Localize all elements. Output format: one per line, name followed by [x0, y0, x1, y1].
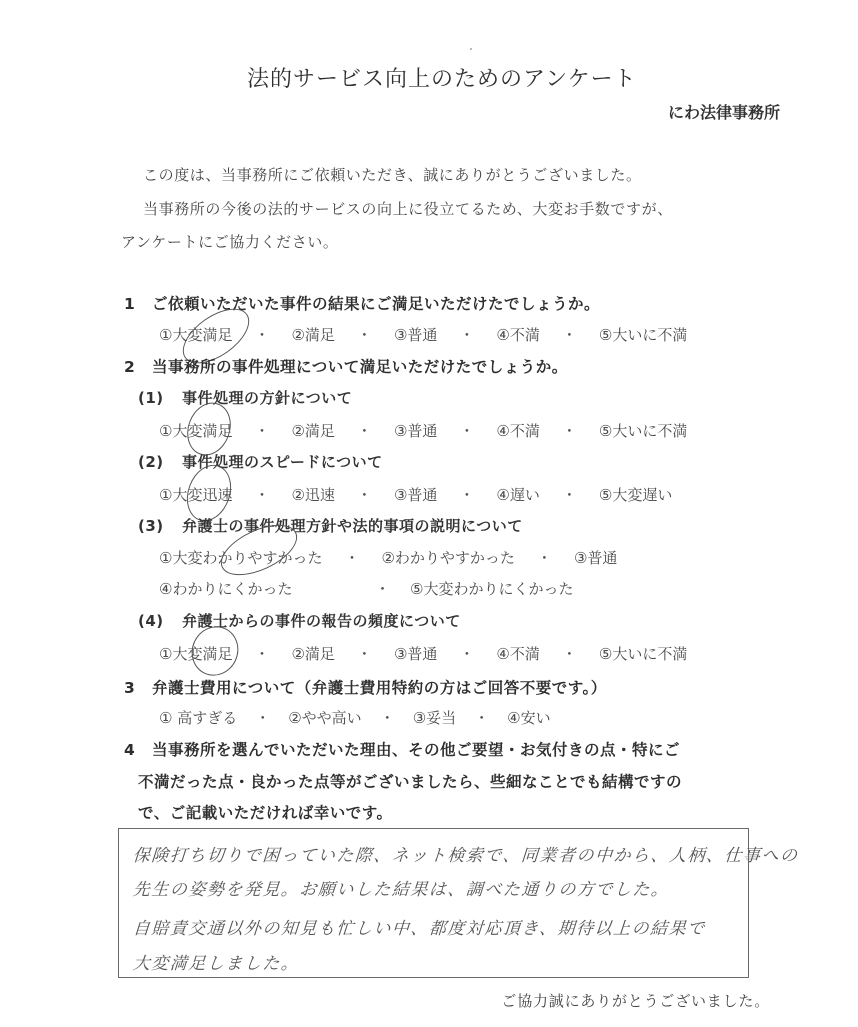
separator-dot: ・: [537, 547, 552, 568]
option-1[interactable]: ① 高すぎる: [159, 707, 237, 728]
sub-question-number: (2): [138, 453, 182, 471]
option-4[interactable]: ④わかりにくかった: [159, 578, 375, 599]
separator-dot: ・: [459, 324, 474, 345]
sub-question-number: (1): [138, 389, 182, 407]
question-2-2-options: ①大変迅速 ・ ②迅速 ・ ③普通 ・ ④遅い ・ ⑤大変遅い: [159, 484, 672, 505]
option-4[interactable]: ④不満: [496, 420, 539, 441]
intro-line-2: 当事務所の今後の法的サービスの向上に役立てるため、大変お手数ですが、: [143, 198, 673, 219]
question-text: 弁護士費用について（弁護士費用特約の方はご回答不要です。）: [152, 679, 607, 697]
sub-question-number: (3): [138, 517, 182, 535]
option-4[interactable]: ④不満: [496, 643, 539, 664]
question-1: 1ご依頼いただいた事件の結果にご満足いただけたでしょうか。: [124, 292, 600, 314]
separator-dot: ・: [357, 484, 372, 505]
option-3[interactable]: ③普通: [394, 420, 437, 441]
question-number: 1: [124, 295, 152, 313]
separator-dot: ・: [254, 484, 269, 505]
option-3[interactable]: ③普通: [394, 484, 437, 505]
separator-dot: ・: [357, 420, 372, 441]
question-3-options: ① 高すぎる ・ ②やや高い ・ ③妥当 ・ ④安い: [159, 707, 551, 728]
separator-dot: ・: [459, 420, 474, 441]
closing-thanks: ご協力誠にありがとうございました。: [501, 990, 770, 1011]
question-text: ご依頼いただいた事件の結果にご満足いただけたでしょうか。: [152, 295, 600, 313]
separator-dot: ・: [357, 643, 372, 664]
handwritten-line-1: 保険打ち切りで困っていた際、ネット検索で、同業者の中から、人柄、仕事への: [132, 841, 799, 866]
question-2: 2当事務所の事件処理について満足いただけたでしょうか。: [124, 355, 568, 377]
scan-speck: [470, 48, 472, 50]
handwritten-line-3: 自賠責交通以外の知見も忙しい中、都度対応頂き、期待以上の結果で: [132, 914, 707, 939]
sub-question-text: 事件処理の方針について: [182, 389, 352, 407]
question-2-2: (2)事件処理のスピードについて: [138, 451, 383, 472]
separator-dot: ・: [459, 643, 474, 664]
separator-dot: ・: [254, 643, 269, 664]
option-3[interactable]: ③普通: [394, 324, 437, 345]
option-2[interactable]: ②満足: [291, 324, 334, 345]
sub-question-text: 弁護士の事件処理方針や法的事項の説明について: [182, 517, 523, 535]
option-1[interactable]: ①大変満足: [159, 643, 232, 664]
question-2-3: (3)弁護士の事件処理方針や法的事項の説明について: [138, 515, 523, 536]
option-5[interactable]: ⑤大変わかりにくかった: [410, 578, 573, 599]
question-number: 4: [124, 741, 152, 759]
question-2-4: (4)弁護士からの事件の報告の頻度について: [138, 610, 461, 631]
page-title: 法的サービス向上のためのアンケート: [247, 62, 637, 93]
question-number: 3: [124, 679, 152, 697]
question-2-3-options-row-2: ④わかりにくかった ・ ⑤大変わかりにくかった: [159, 578, 573, 599]
option-2[interactable]: ②満足: [291, 420, 334, 441]
option-1[interactable]: ①大変満足: [159, 420, 232, 441]
separator-dot: ・: [357, 324, 372, 345]
separator-dot: ・: [562, 324, 577, 345]
question-2-1-options: ①大変満足 ・ ②満足 ・ ③普通 ・ ④不満 ・ ⑤大いに不満: [159, 420, 687, 441]
option-5[interactable]: ⑤大いに不満: [599, 324, 687, 345]
question-text: 当事務所の事件処理について満足いただけたでしょうか。: [152, 358, 568, 376]
separator-dot: ・: [562, 420, 577, 441]
separator-dot: ・: [474, 707, 489, 728]
separator-dot: ・: [254, 324, 269, 345]
separator-dot: ・: [344, 547, 359, 568]
option-3[interactable]: ③普通: [394, 643, 437, 664]
separator-dot: ・: [254, 420, 269, 441]
question-3: 3弁護士費用について（弁護士費用特約の方はご回答不要です。）: [124, 676, 607, 698]
separator-dot: ・: [562, 643, 577, 664]
separator-dot: ・: [380, 707, 395, 728]
question-1-options: ①大変満足 ・ ②満足 ・ ③普通 ・ ④不満 ・ ⑤大いに不満: [159, 324, 687, 345]
sub-question-number: (4): [138, 612, 182, 630]
question-text: 当事務所を選んでいただいた理由、その他ご要望・お気付きの点・特にご: [152, 741, 680, 759]
question-4-line-1: 4当事務所を選んでいただいた理由、その他ご要望・お気付きの点・特にご: [124, 738, 680, 760]
question-2-3-options-row-1: ①大変わかりやすかった ・ ②わかりやすかった ・ ③普通: [159, 547, 617, 568]
question-4-line-2: 不満だった点・良かった点等がございましたら、些細なことでも結構ですの: [138, 770, 682, 792]
separator-dot: ・: [375, 578, 390, 599]
question-4-line-3: で、ご記載いただければ幸いです。: [138, 801, 392, 823]
handwritten-line-4: 大変満足しました。: [132, 949, 300, 974]
option-4[interactable]: ④安い: [507, 707, 550, 728]
option-2[interactable]: ②迅速: [291, 484, 334, 505]
option-5[interactable]: ⑤大いに不満: [599, 643, 687, 664]
option-1[interactable]: ①大変満足: [159, 324, 232, 345]
intro-line-3: アンケートにご協力ください。: [121, 231, 339, 252]
separator-dot: ・: [255, 707, 270, 728]
option-1[interactable]: ①大変迅速: [159, 484, 232, 505]
option-5[interactable]: ⑤大変遅い: [599, 484, 672, 505]
separator-dot: ・: [459, 484, 474, 505]
sub-question-text: 弁護士からの事件の報告の頻度について: [182, 612, 461, 630]
option-4[interactable]: ④不満: [496, 324, 539, 345]
option-3[interactable]: ③普通: [574, 547, 617, 568]
question-number: 2: [124, 358, 152, 376]
intro-line-1: この度は、当事務所にご依頼いただき、誠にありがとうございました。: [143, 164, 642, 185]
separator-dot: ・: [562, 484, 577, 505]
question-2-1: (1)事件処理の方針について: [138, 387, 352, 408]
option-2[interactable]: ②満足: [291, 643, 334, 664]
handwritten-line-2: 先生の姿勢を発見。お願いした結果は、調べた通りの方でした。: [132, 875, 670, 900]
sub-question-text: 事件処理のスピードについて: [182, 453, 383, 471]
option-2[interactable]: ②わかりやすかった: [381, 547, 514, 568]
option-4[interactable]: ④遅い: [496, 484, 539, 505]
comment-box[interactable]: 保険打ち切りで困っていた際、ネット検索で、同業者の中から、人柄、仕事への 先生の…: [118, 828, 749, 978]
office-name: にわ法律事務所: [668, 100, 780, 123]
option-1[interactable]: ①大変わかりやすかった: [159, 547, 322, 568]
option-3[interactable]: ③妥当: [413, 707, 456, 728]
option-2[interactable]: ②やや高い: [288, 707, 361, 728]
option-5[interactable]: ⑤大いに不満: [599, 420, 687, 441]
question-2-4-options: ①大変満足 ・ ②満足 ・ ③普通 ・ ④不満 ・ ⑤大いに不満: [159, 643, 687, 664]
